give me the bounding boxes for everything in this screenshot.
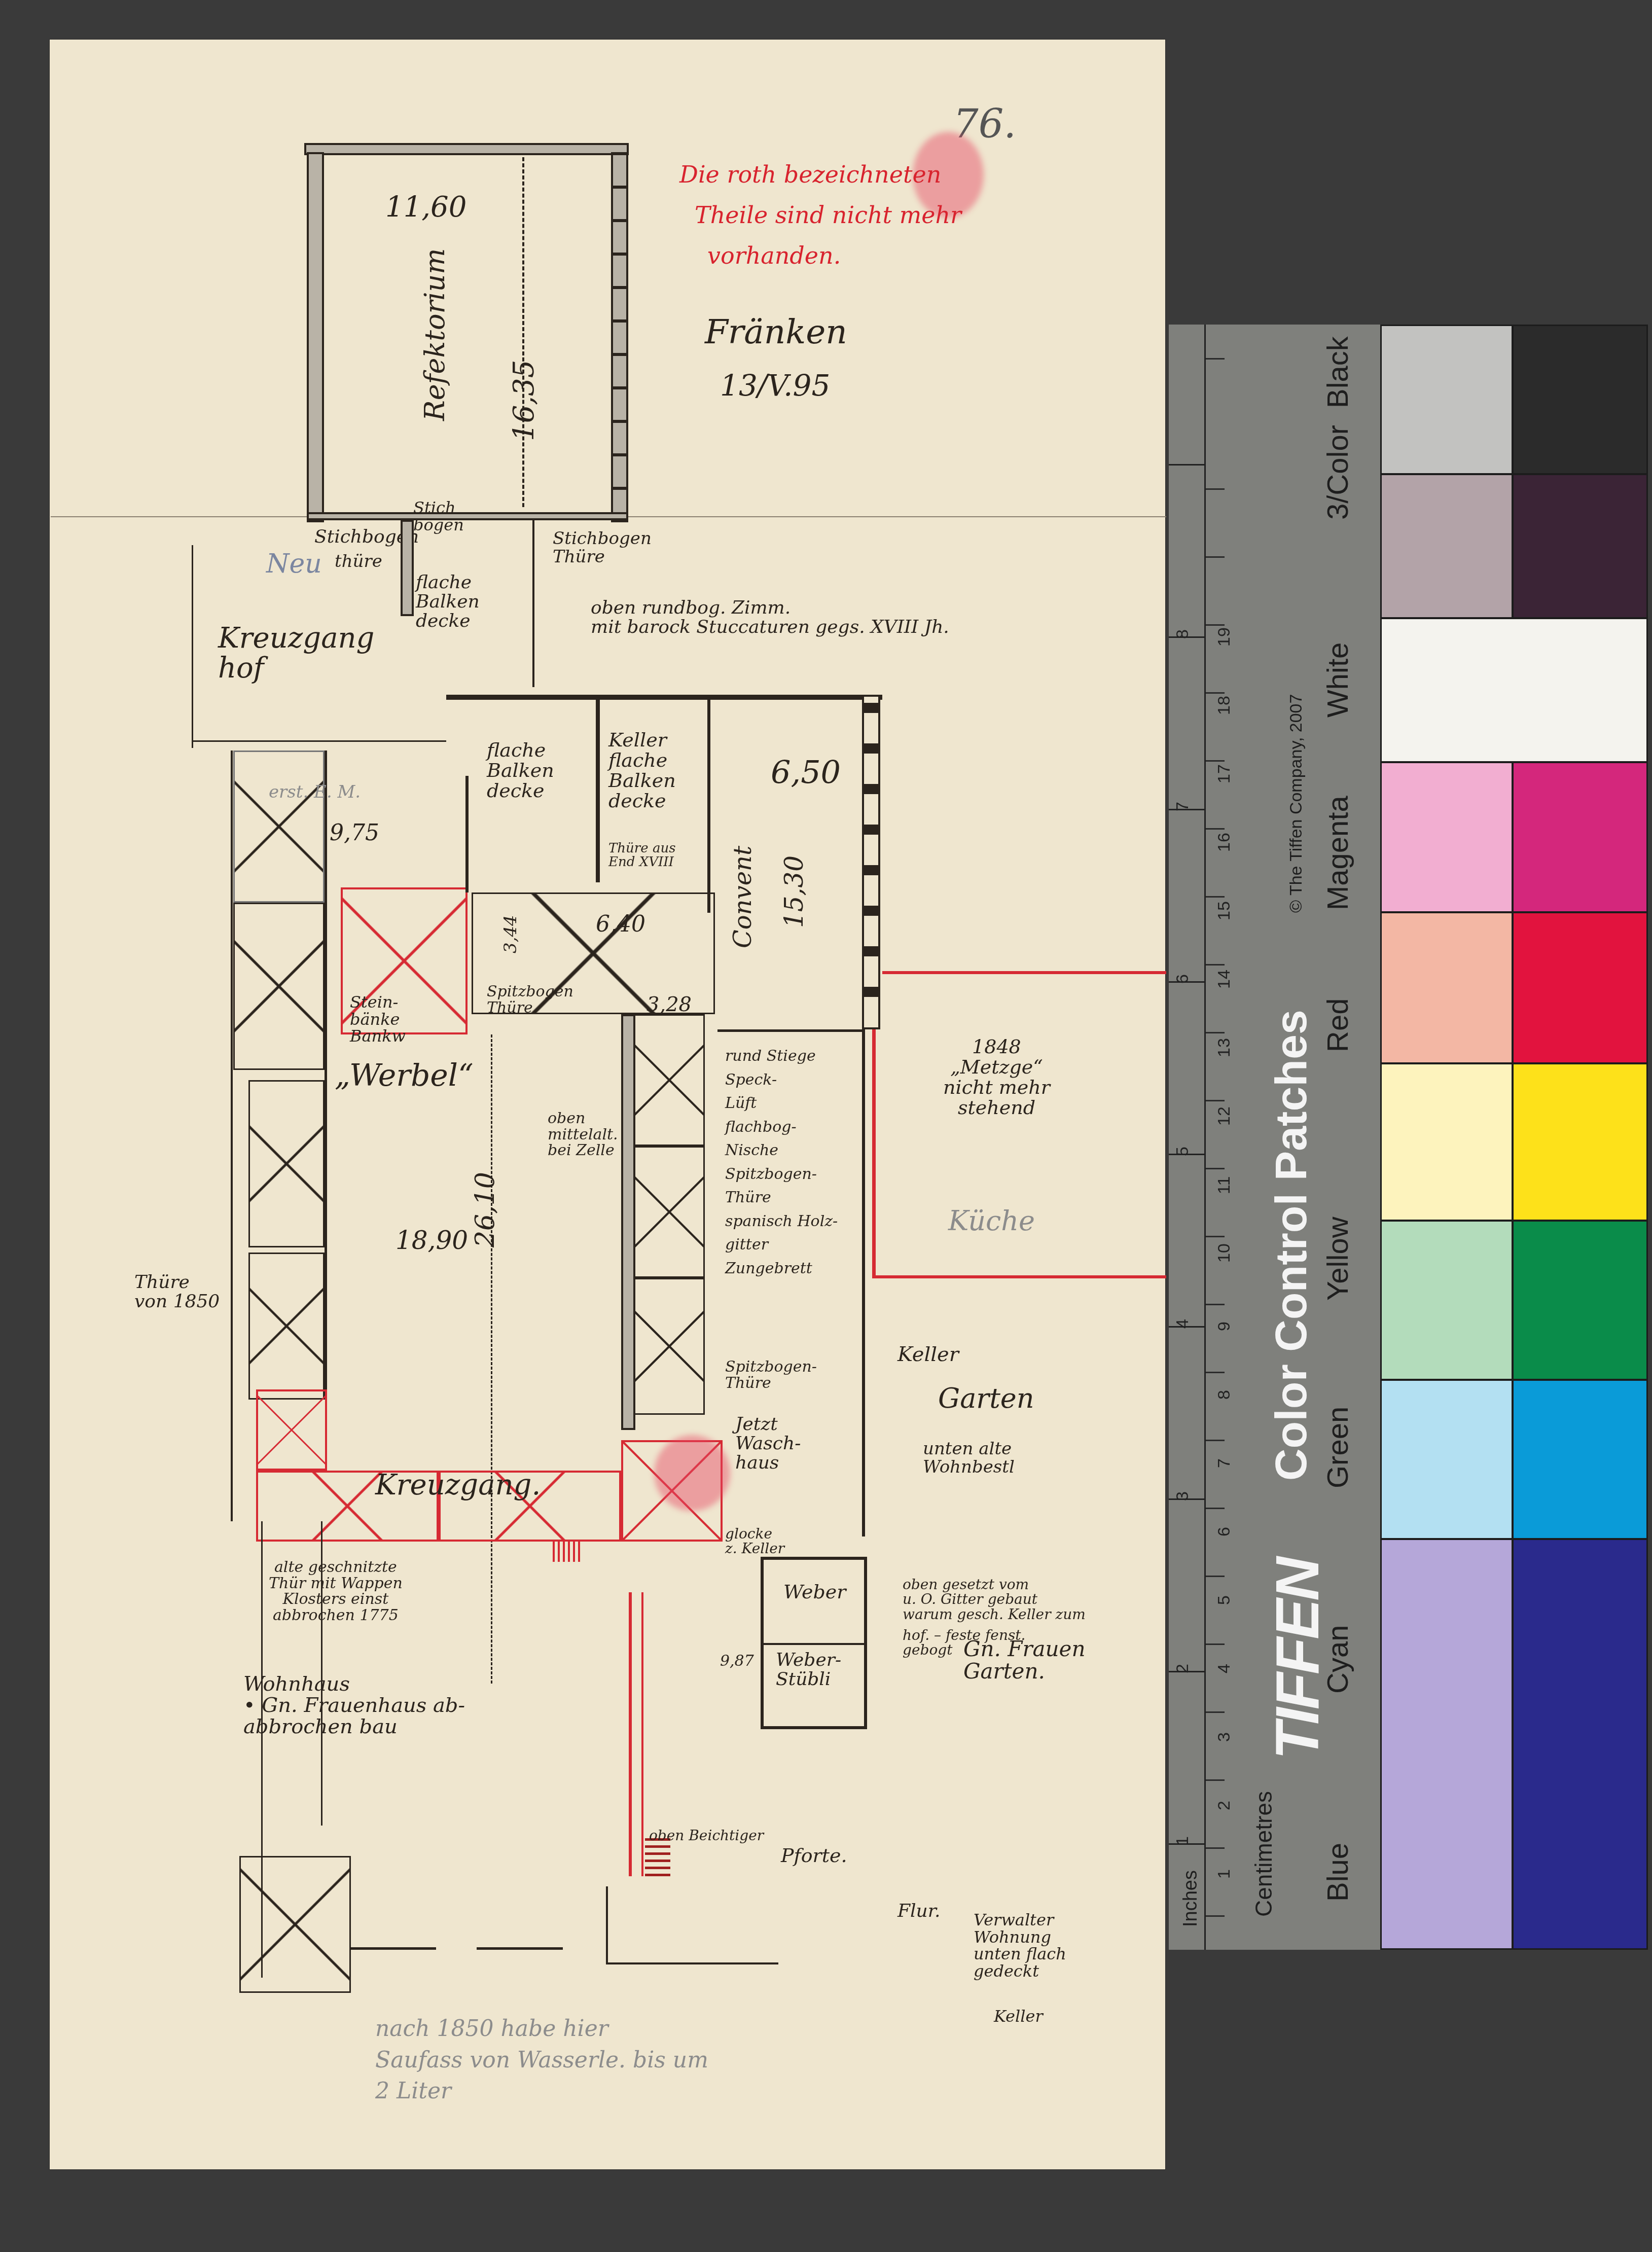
- red-note-line-1: Die roth bezeichneten: [679, 162, 941, 187]
- inch-number: 3: [1173, 1491, 1193, 1501]
- label-dim-26-10: 26,10: [472, 1172, 499, 1247]
- red-passage-wall-left: [629, 1592, 632, 1876]
- label-garten: Garten: [938, 1384, 1034, 1413]
- label-flur: Flur.: [897, 1902, 940, 1921]
- cm-number: 11: [1214, 1176, 1234, 1194]
- patch-black-dark: [1512, 325, 1648, 475]
- patch-yellow-dark: [1512, 1063, 1648, 1221]
- label-flache-balkendecke-2: flache Balken decke: [487, 740, 554, 801]
- patch-magenta-light: [1380, 762, 1513, 913]
- cm-number: 4: [1214, 1664, 1234, 1673]
- label-metzge: 1848 „Metzge“ nicht mehr stehend: [943, 1037, 1050, 1118]
- cm-number: 6: [1214, 1527, 1234, 1536]
- kreuzgang-west-bay: [248, 1080, 325, 1247]
- wall-right-rooms: [862, 1029, 865, 1536]
- card-label-strip: 1 2 3 4 5 6 7 8 1 2 3 4 5 6 7 8 9 10 11 …: [1169, 325, 1380, 1950]
- wall-right-rooms-top: [717, 1029, 865, 1032]
- label-keller: Keller flache Balken decke: [608, 730, 676, 811]
- label-dim-9-75: 9,75: [330, 821, 379, 845]
- patch-blue-dark: [1512, 1539, 1648, 1950]
- cm-number: 14: [1214, 970, 1234, 989]
- inch-number: 8: [1173, 629, 1193, 639]
- cm-number: 17: [1214, 764, 1234, 783]
- refektorium-length: 16,35: [510, 360, 540, 441]
- patch-green-light: [1380, 1220, 1513, 1380]
- refektorium-wall-right: [611, 152, 628, 522]
- cm-number: 3: [1214, 1732, 1234, 1742]
- label-kreuzgang-red: Kreuzgang.: [375, 1471, 541, 1500]
- inch-number: 1: [1173, 1836, 1193, 1846]
- entrance-vestibule: [606, 1886, 608, 1962]
- corridor-wall-a: [401, 520, 414, 616]
- cm-number: 18: [1214, 696, 1234, 715]
- label-thure-left: thüre: [335, 553, 382, 571]
- kreuzgang-east-bay: [634, 1014, 705, 1146]
- label-oben-mittel: oben mittelalt. bei Zelle: [548, 1111, 618, 1159]
- kreuzgang-west-bay: [233, 903, 325, 1070]
- cm-number: 19: [1214, 627, 1234, 647]
- wall-keller-left: [596, 700, 600, 882]
- main-top-wall: [446, 695, 882, 700]
- label-thure-xviii: Thüre aus End XVIII: [608, 842, 676, 870]
- label-gn-frauen-garten: Gn. Frauen Garten.: [963, 1638, 1086, 1683]
- kreuzgang-south-red: [256, 1389, 327, 1471]
- inch-number: 2: [1173, 1664, 1193, 1673]
- patch-cyan-dark: [1512, 1379, 1648, 1540]
- patch-black-light: [1380, 325, 1513, 475]
- ruler-tick: [1169, 464, 1204, 466]
- left-property-line: [192, 545, 193, 748]
- wall-keller-right: [707, 700, 710, 913]
- label-oben-rundbog: oben rundbog. Zimm. mit barock Stuccatur…: [591, 598, 949, 637]
- cm-number: 16: [1214, 833, 1234, 852]
- label-keller-2: Keller: [897, 1344, 959, 1365]
- cm-number: 9: [1214, 1321, 1234, 1331]
- inches-label: Inches: [1180, 1870, 1202, 1927]
- label-wirbel: „Werbel“: [335, 1060, 474, 1092]
- label-pforte: Pforte.: [781, 1846, 847, 1866]
- patch-white: [1380, 618, 1648, 763]
- entrance-vestibule-bottom: [606, 1962, 778, 1964]
- stair-tower: [239, 1856, 351, 1993]
- label-thure-1850: Thüre von 1850: [134, 1273, 220, 1311]
- cm-number: 15: [1214, 901, 1234, 920]
- signature-date: 13/V.95: [720, 370, 830, 401]
- patch-3color-dark: [1512, 474, 1648, 619]
- patch-red-light: [1380, 912, 1513, 1064]
- convent-east-wall: [862, 695, 880, 1029]
- label-right-column: rund Stiege Speck- Lüft flachbog- Nische…: [725, 1045, 838, 1280]
- label-neu: Neu: [266, 550, 322, 578]
- refektorium-width: 11,60: [385, 193, 466, 223]
- card-title: Color Control Patches: [1265, 1010, 1317, 1481]
- west-outer-wall: [231, 750, 233, 1521]
- label-weber: Weber: [783, 1582, 846, 1602]
- inch-number: 4: [1173, 1319, 1193, 1329]
- cm-number: 2: [1214, 1801, 1234, 1810]
- label-kreuzgang-hof: Kreuzgang hof: [218, 624, 374, 684]
- kreuzgang-east-bay: [634, 1146, 705, 1278]
- weber-divider: [761, 1643, 867, 1645]
- inch-number: 6: [1173, 974, 1193, 984]
- wirbel-dimension-line: [491, 1034, 492, 1684]
- patch-cyan-light: [1380, 1379, 1513, 1540]
- label-jetzt-waschhaus: Jetzt Wasch- haus: [735, 1415, 801, 1472]
- card-copyright: © The Tiffen Company, 2007: [1286, 694, 1306, 913]
- entrance-wall-bottom: [350, 1947, 436, 1950]
- red-stair: [553, 1542, 583, 1562]
- label-wohnhaus: Wohnhaus • Gn. Frauenhaus ab- abbrochen …: [243, 1673, 465, 1737]
- cross-line: [193, 740, 446, 742]
- west-inner-wall: [325, 750, 327, 1400]
- label-verwalter: Verwalter Wohnung unten flach gedeckt: [974, 1912, 1066, 1980]
- patch-blue-light: [1380, 1539, 1513, 1950]
- cm-number: 8: [1214, 1390, 1234, 1400]
- centimetres-label: Centimetres: [1250, 1791, 1277, 1917]
- cm-number: 13: [1214, 1038, 1234, 1057]
- inch-ruler: [1169, 325, 1206, 1950]
- cm-number: 1: [1214, 1869, 1234, 1879]
- label-oben-beichtiger: oben Beichtiger: [649, 1828, 764, 1843]
- refektorium-label: Refektorium: [421, 248, 450, 421]
- label-alte-thure: alte geschnitzte Thür mit Wappen Kloster…: [269, 1559, 403, 1623]
- patch-yellow-light: [1380, 1063, 1513, 1221]
- cm-number: 10: [1214, 1243, 1234, 1263]
- label-stein-bank: Stein- bänke Bankw: [350, 994, 406, 1045]
- patch-magenta-dark: [1512, 762, 1648, 913]
- cm-number: 7: [1214, 1458, 1234, 1468]
- label-spitzbogen-thure: Spitzbogen Thüre: [487, 984, 573, 1016]
- label-convent-length: 15,30: [781, 855, 808, 928]
- label-keller-3: Keller: [994, 2008, 1043, 2025]
- patch-label-white: White: [1321, 642, 1355, 718]
- patch-label-black: Black: [1321, 336, 1355, 408]
- refektorium-dimension-line: [522, 157, 524, 507]
- inch-number: 5: [1173, 1147, 1193, 1156]
- cm-number: 12: [1214, 1106, 1234, 1126]
- label-convent-width: 6,50: [771, 756, 841, 789]
- label-flache-balkendecke-1: flache Balken decke: [416, 573, 480, 630]
- label-oben-glocke: oben gesetzt vom u. O. Gitter gebaut war…: [903, 1577, 1086, 1622]
- patch-red-dark: [1512, 912, 1648, 1064]
- label-stichbogen-thure-right: Stichbogen Thüre: [553, 530, 652, 566]
- inch-number: 7: [1173, 802, 1193, 811]
- patch-green-dark: [1512, 1220, 1648, 1380]
- label-unten-alte: unten alte Wohnbestl: [923, 1440, 1015, 1476]
- patch-label-magenta: Magenta: [1321, 796, 1355, 910]
- east-corridor-wall: [621, 1014, 635, 1430]
- signature: Fränken: [705, 314, 847, 349]
- corridor-line-b: [532, 520, 534, 687]
- label-dim-9-87: 9,87: [720, 1653, 754, 1669]
- entrance-wall-bottom-2: [477, 1947, 563, 1950]
- refektorium-wall-top: [304, 143, 629, 155]
- patch-label-3color: 3/Color: [1321, 425, 1355, 520]
- red-boundary-east-1: [882, 971, 1166, 974]
- patch-label-green: Green: [1321, 1407, 1355, 1488]
- label-dim-18-90: 18,90: [396, 1227, 468, 1254]
- label-glocke: glocke z. Keller: [725, 1526, 784, 1556]
- refektorium-wall-left: [307, 152, 324, 522]
- patch-3color-light: [1380, 474, 1513, 619]
- red-ink-blot-2: [654, 1435, 730, 1511]
- label-spitzbogen-thure-2: Spitzbogen- Thüre: [725, 1359, 817, 1391]
- patch-label-blue: Blue: [1321, 1843, 1355, 1902]
- wall-flache-balken-left: [465, 776, 469, 892]
- kreuzgang-east-bay: [634, 1278, 705, 1415]
- patch-label-cyan: Cyan: [1321, 1625, 1355, 1694]
- refektorium-wall-bottom: [307, 512, 628, 520]
- red-boundary-east-2: [872, 1275, 1166, 1278]
- red-note-line-3: vorhanden.: [707, 243, 841, 268]
- label-weber-stubli: Weber- Stübli: [776, 1651, 841, 1689]
- color-calibration-card: 1 2 3 4 5 6 7 8 1 2 3 4 5 6 7 8 9 10 11 …: [1169, 325, 1648, 1950]
- red-metzge-wall: [872, 1029, 876, 1278]
- kreuzgang-west-bay: [233, 750, 325, 903]
- red-note-line-2: Theile sind nicht mehr: [695, 203, 961, 227]
- label-kuche: Küche: [948, 1207, 1035, 1236]
- patch-label-red: Red: [1321, 998, 1355, 1052]
- cm-number: 5: [1214, 1595, 1234, 1605]
- label-stich-bogen-mid: Stich bogen: [413, 499, 464, 533]
- label-convent: Convent: [730, 846, 756, 948]
- kreuzgang-west-bay: [248, 1253, 325, 1400]
- pencil-note-bottom: nach 1850 habe hier Saufass von Wasserle…: [375, 2013, 708, 2107]
- pencil-note-left: erst. E. M.: [269, 783, 361, 802]
- patch-label-yellow: Yellow: [1321, 1217, 1355, 1301]
- red-passage-wall-right: [641, 1592, 643, 1876]
